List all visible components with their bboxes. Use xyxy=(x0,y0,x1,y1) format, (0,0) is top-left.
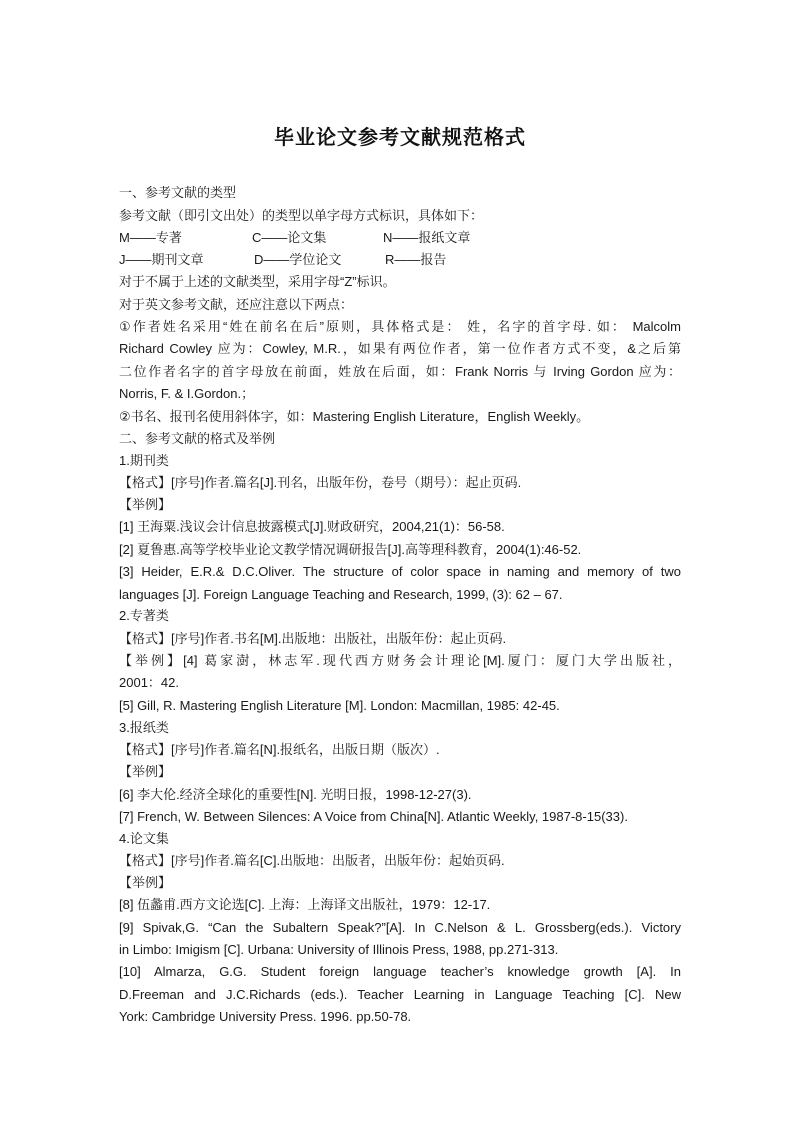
document-page: 毕业论文参考文献规范格式 一、参考文献的类型 参考文献（即引文出处）的类型以单字… xyxy=(0,0,800,1132)
ref-6: [6] 李大伦.经济全球化的重要性[N]. 光明日报，1998-12-27(3)… xyxy=(119,786,681,804)
ref-10-line-3: York: Cambridge University Press. 1996. … xyxy=(119,1008,681,1026)
ref-5: [5] Gill, R. Mastering English Literatur… xyxy=(119,697,681,715)
point2: ②书名、报刊名使用斜体字，如：Mastering English Literat… xyxy=(119,408,681,426)
point1-line-1: ①作者姓名采用“姓在前名在后”原则，具体格式是： 姓，名字的首字母. 如： Ma… xyxy=(119,318,681,336)
journal-format: 【格式】[序号]作者.篇名[J].刊名，出版年份，卷号（期号）：起止页码. xyxy=(119,474,681,492)
point1-line-2: Richard Cowley 应为：Cowley, M.R.，如果有两位作者，第… xyxy=(119,340,681,358)
section-heading-format: 二、参考文献的格式及举例 xyxy=(119,430,681,448)
ref-9-line-2: in Limbo: Imigism [C]. Urbana: Universit… xyxy=(119,941,681,959)
ref-4-line-2: 2001：42. xyxy=(119,674,681,692)
point1-line-3: 二位作者名字的首字母放在前面，姓放在后面，如：Frank Norris 与 Ir… xyxy=(119,363,681,381)
type-m: M——专著 xyxy=(119,229,182,247)
ref-7: [7] French, W. Between Silences: A Voice… xyxy=(119,808,681,826)
other-type-note: 对于不属于上述的文献类型，采用字母“Z”标识。 xyxy=(119,273,681,291)
ref-3-line-1: [3] Heider, E.R.& D.C.Oliver. The struct… xyxy=(119,563,681,581)
ref-4-line-1: 【举例】[4] 葛家澍，林志军.现代西方财务会计理论[M].厦门：厦门大学出版社… xyxy=(119,652,681,670)
monograph-heading: 2.专著类 xyxy=(119,607,681,625)
type-n: N——报纸文章 xyxy=(383,229,470,247)
type-r: R——报告 xyxy=(385,251,446,269)
newspaper-format: 【格式】[序号]作者.篇名[N].报纸名，出版日期（版次）. xyxy=(119,741,681,759)
proceedings-example-label: 【举例】 xyxy=(119,874,681,892)
ref-9-line-1: [9] Spivak,G. “Can the Subaltern Speak?”… xyxy=(119,919,681,937)
proceedings-format: 【格式】[序号]作者.篇名[C].出版地：出版者，出版年份：起始页码. xyxy=(119,852,681,870)
section-heading-types: 一、参考文献的类型 xyxy=(119,184,681,202)
point1-line-4: Norris, F. & I.Gordon.； xyxy=(119,385,681,403)
types-intro: 参考文献（即引文出处）的类型以单字母方式标识，具体如下： xyxy=(119,207,681,225)
ref-2: [2] 夏鲁惠.高等学校毕业论文教学情况调研报告[J].高等理科教育，2004(… xyxy=(119,541,681,559)
monograph-format: 【格式】[序号]作者.书名[M].出版地：出版社，出版年份：起止页码. xyxy=(119,630,681,648)
newspaper-example-label: 【举例】 xyxy=(119,763,681,781)
ref-8: [8] 伍蠡甫.西方文论选[C]. 上海：上海译文出版社，1979：12-17. xyxy=(119,896,681,914)
ref-10-line-2: D.Freeman and J.C.Richards (eds.). Teach… xyxy=(119,986,681,1004)
ref-10-line-1: [10] Almarza, G.G. Student foreign langu… xyxy=(119,963,681,981)
newspaper-heading: 3.报纸类 xyxy=(119,719,681,737)
proceedings-heading: 4.论文集 xyxy=(119,830,681,848)
type-d: D——学位论文 xyxy=(254,251,341,269)
type-c: C——论文集 xyxy=(252,229,326,247)
english-note: 对于英文参考文献，还应注意以下两点： xyxy=(119,296,681,314)
page-title: 毕业论文参考文献规范格式 xyxy=(0,121,800,150)
type-j: J——期刊文章 xyxy=(119,251,204,269)
journal-heading: 1.期刊类 xyxy=(119,452,681,470)
journal-example-label: 【举例】 xyxy=(119,496,681,514)
ref-1: [1] 王海粟.浅议会计信息披露模式[J].财政研究，2004,21(1)：56… xyxy=(119,518,681,536)
ref-3-line-2: languages [J]. Foreign Language Teaching… xyxy=(119,586,681,604)
